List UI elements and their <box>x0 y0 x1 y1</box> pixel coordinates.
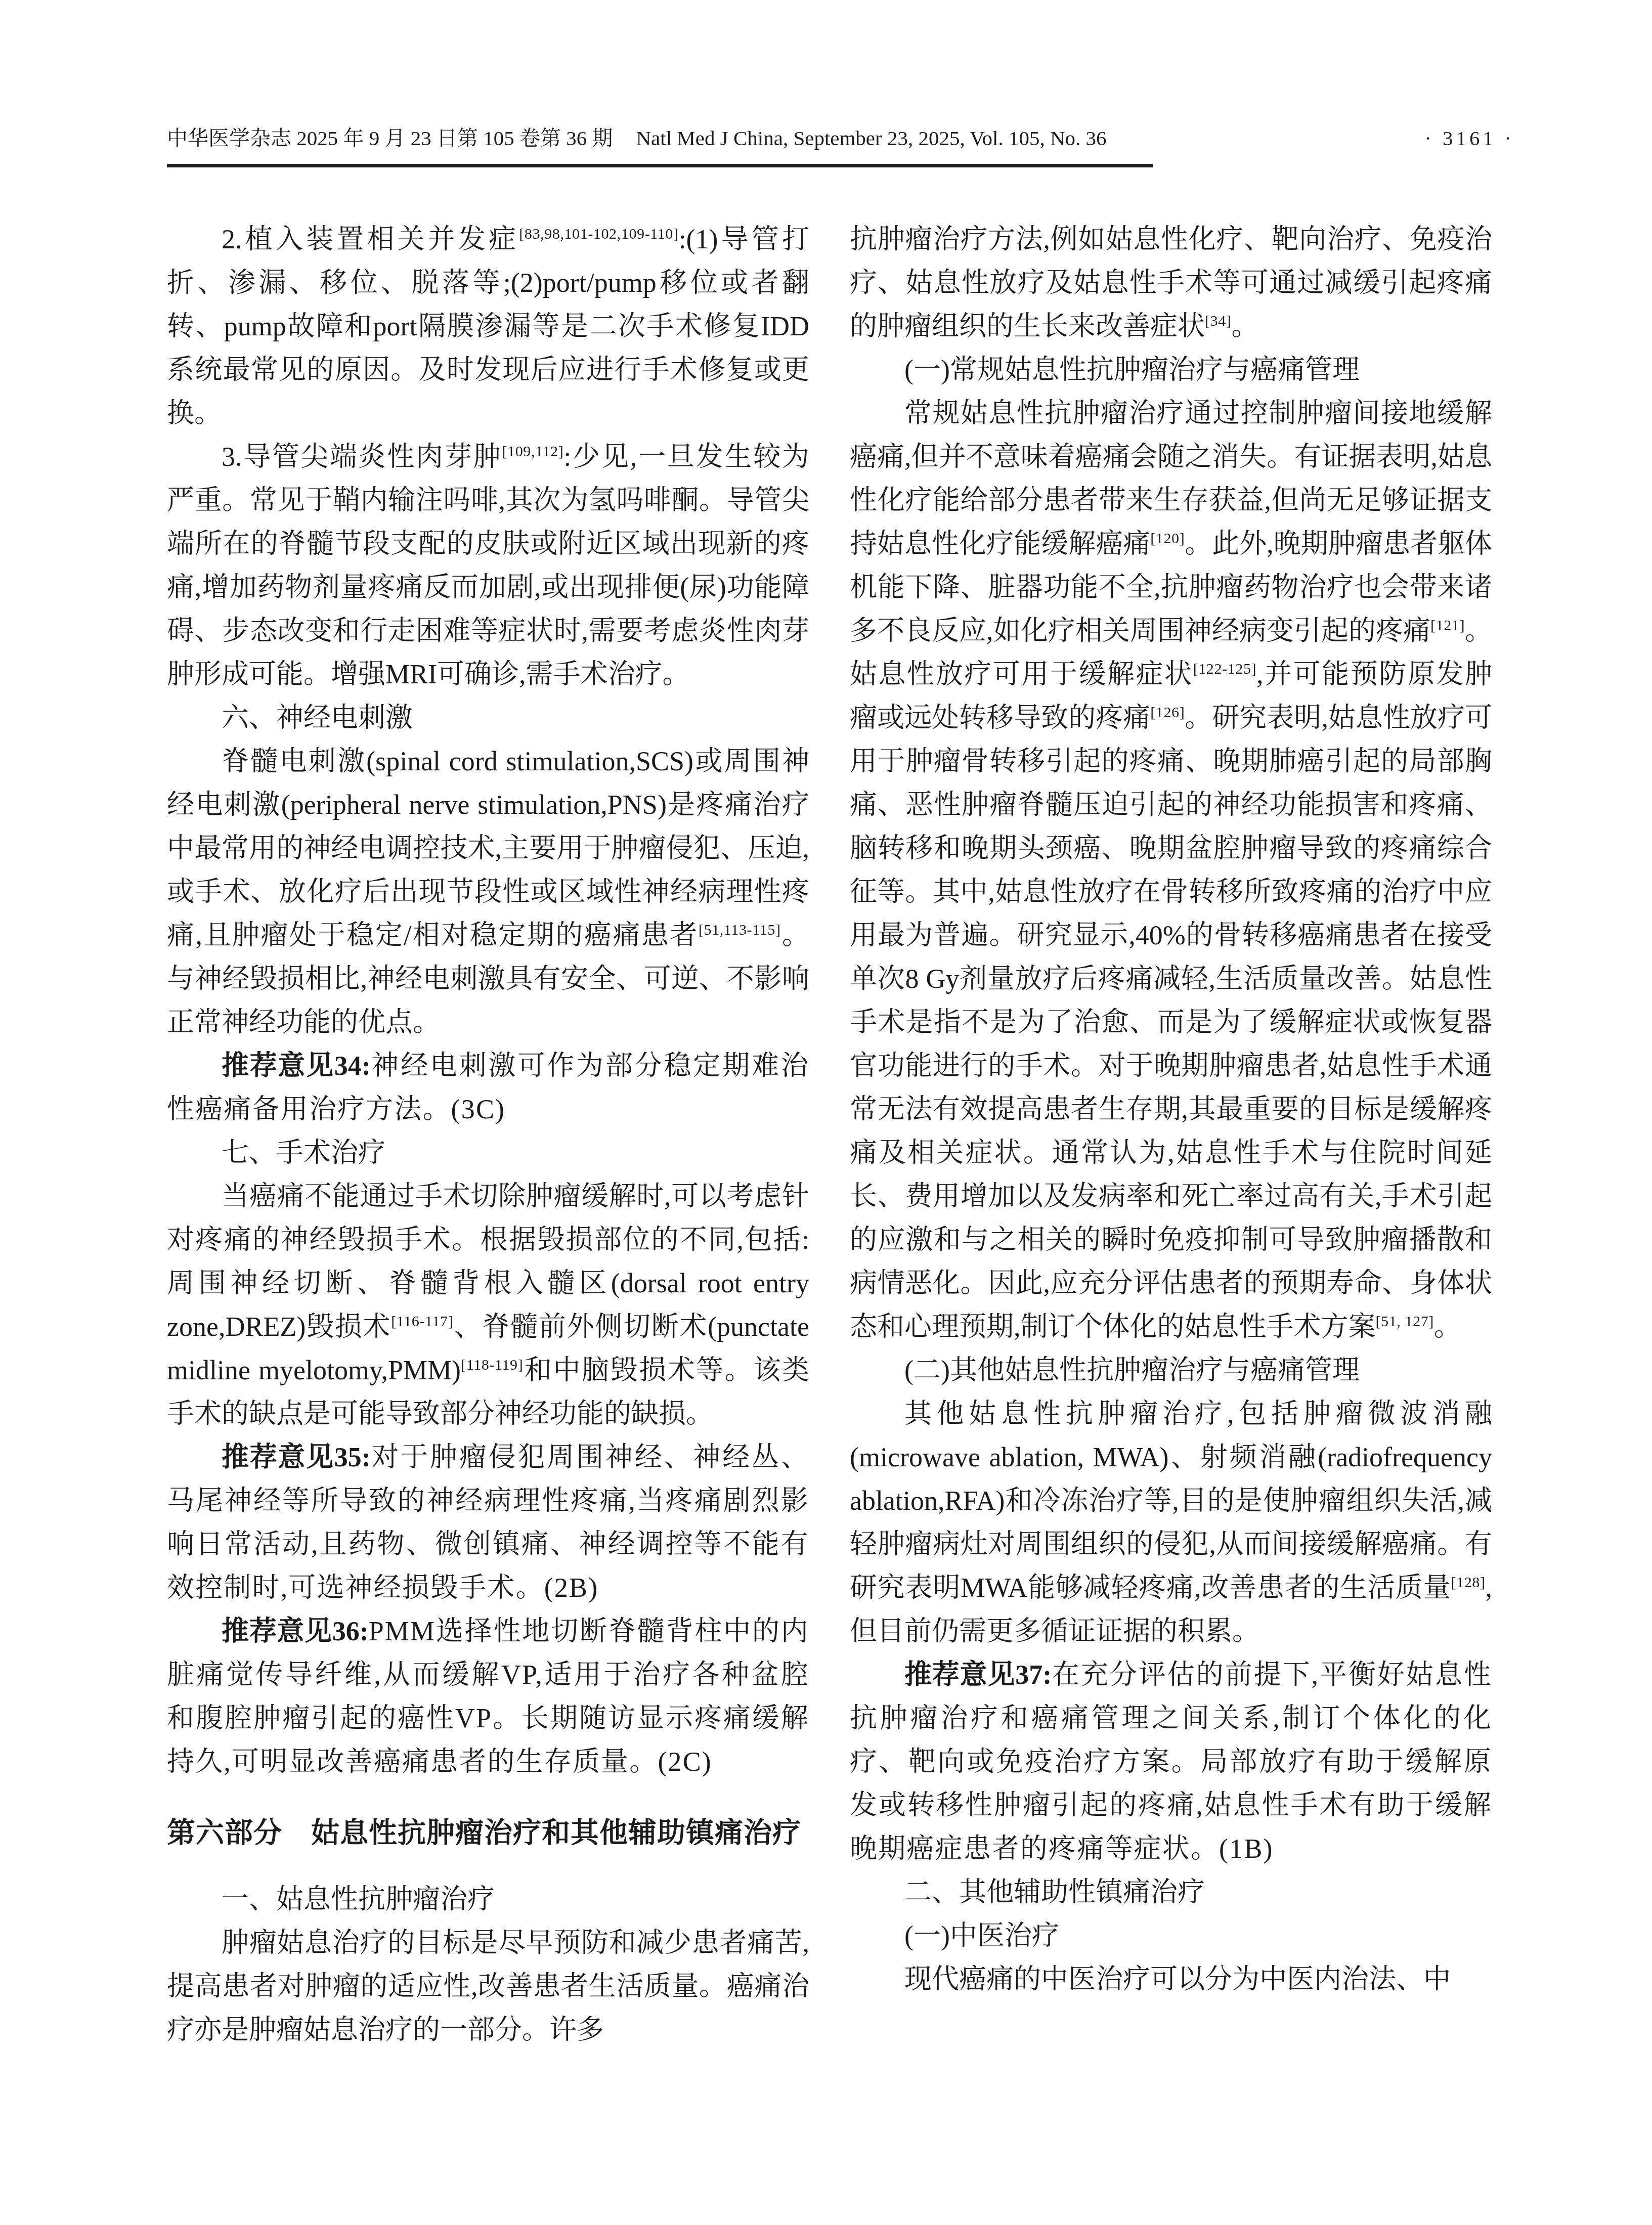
journal-citation: 中华医学杂志 2025 年 9 月 23 日第 105 卷第 36 期 Natl… <box>167 125 1107 151</box>
paragraph-scs-pns: 脊髓电刺激(spinal cord stimulation,SCS)或周围神经电… <box>167 739 809 1044</box>
recommendation-36: 推荐意见36:PMM选择性地切断脊髓背柱中的内脏痛觉传导纤维,从而缓解VP,适用… <box>167 1609 809 1783</box>
paragraph-antitumor-methods: 抗肿瘤治疗方法,例如姑息性化疗、靶向治疗、免疫治疗、姑息性放疗及姑息性手术等可通… <box>850 217 1492 348</box>
recommendation-label: 推荐意见36: <box>222 1616 369 1646</box>
reference-superscript: [51,113-115] <box>699 921 780 938</box>
recommendation-34: 推荐意见34:神经电刺激可作为部分稳定期难治性癌痛备用治疗方法。(3C) <box>167 1044 809 1131</box>
paragraph-ablation-therapies: 其他姑息性抗肿瘤治疗,包括肿瘤微波消融(microwave ablation, … <box>850 1392 1492 1653</box>
heading-part-six: 第六部分 姑息性抗肿瘤治疗和其他辅助镇痛治疗 <box>167 1811 809 1854</box>
right-column: 抗肿瘤治疗方法,例如姑息性化疗、靶向治疗、免疫治疗、姑息性放疗及姑息性手术等可通… <box>850 217 1492 2052</box>
reference-superscript: [116-117] <box>391 1313 453 1330</box>
recommendation-text: 在充分评估的前提下,平衡好姑息性抗肿瘤治疗和癌痛管理之间关系,制订个体化的化疗、… <box>850 1660 1492 1864</box>
journal-citation-cn: 中华医学杂志 2025 年 9 月 23 日第 105 卷第 36 期 <box>167 125 613 151</box>
paragraph-conventional-palliative: 常规姑息性抗肿瘤治疗通过控制肿瘤间接地缓解癌痛,但并不意味着癌痛会随之消失。有证… <box>850 391 1492 1348</box>
journal-page: 中华医学杂志 2025 年 9 月 23 日第 105 卷第 36 期 Natl… <box>0 0 1652 2225</box>
reference-superscript: [83,98,101-102,109-110] <box>519 225 678 242</box>
reference-superscript: [34] <box>1205 312 1231 329</box>
reference-superscript: [121] <box>1430 617 1465 634</box>
recommendation-37: 推荐意见37:在充分评估的前提下,平衡好姑息性抗肿瘤治疗和癌痛管理之间关系,制订… <box>850 1653 1492 1870</box>
paragraph-catheter-granuloma: 3.导管尖端炎性肉芽肿[109,112]:少见,一旦发生较为严重。常见于鞘内输注… <box>167 435 809 696</box>
reference-superscript: [120] <box>1150 530 1185 547</box>
reference-superscript: [126] <box>1150 704 1185 721</box>
paragraph-palliative-goal: 肿瘤姑息治疗的目标是尽早预防和减少患者痛苦,提高患者对肿瘤的适应性,改善患者生活… <box>167 1921 809 2052</box>
heading-other-palliative: (二)其他姑息性抗肿瘤治疗与癌痛管理 <box>850 1348 1492 1392</box>
reference-superscript: [118-119] <box>461 1356 523 1373</box>
reference-superscript: [51, 127] <box>1376 1313 1434 1330</box>
page-header: 中华医学杂志 2025 年 9 月 23 日第 105 卷第 36 期 Natl… <box>167 125 1514 151</box>
paragraph-neuroablative-surgery: 当癌痛不能通过手术切除肿瘤缓解时,可以考虑针对疼痛的神经毁损手术。根据毁损部位的… <box>167 1174 809 1435</box>
recommendation-label: 推荐意见34: <box>222 1051 371 1081</box>
heading-surgical-treatment: 七、手术治疗 <box>167 1131 809 1174</box>
reference-superscript: [128] <box>1451 1574 1486 1591</box>
left-column: 2.植入装置相关并发症[83,98,101-102,109-110]:(1)导管… <box>167 217 809 2052</box>
heading-palliative-antitumor: 一、姑息性抗肿瘤治疗 <box>167 1878 809 1921</box>
article-body: 2.植入装置相关并发症[83,98,101-102,109-110]:(1)导管… <box>167 217 1492 2052</box>
reference-superscript: [109,112] <box>502 443 564 460</box>
heading-conventional-palliative: (一)常规姑息性抗肿瘤治疗与癌痛管理 <box>850 348 1492 391</box>
header-rule <box>167 164 1153 167</box>
heading-other-adjuvant-analgesia: 二、其他辅助性镇痛治疗 <box>850 1870 1492 1914</box>
recommendation-label: 推荐意见35: <box>222 1442 371 1472</box>
recommendation-label: 推荐意见37: <box>904 1660 1052 1690</box>
heading-neurostimulation: 六、神经电刺激 <box>167 696 809 739</box>
reference-superscript: [122-125] <box>1193 660 1256 677</box>
paragraph-device-complications: 2.植入装置相关并发症[83,98,101-102,109-110]:(1)导管… <box>167 217 809 435</box>
heading-tcm-treatment: (一)中医治疗 <box>850 1914 1492 1957</box>
journal-citation-en: Natl Med J China, September 23, 2025, Vo… <box>636 125 1107 151</box>
page-number: · 3161 · <box>1424 125 1514 151</box>
recommendation-35: 推荐意见35:对于肿瘤侵犯周围神经、神经丛、马尾神经等所导致的神经病理性疼痛,当… <box>167 1435 809 1609</box>
paragraph-tcm-intro: 现代癌痛的中医治疗可以分为中医内治法、中 <box>850 1957 1492 2001</box>
